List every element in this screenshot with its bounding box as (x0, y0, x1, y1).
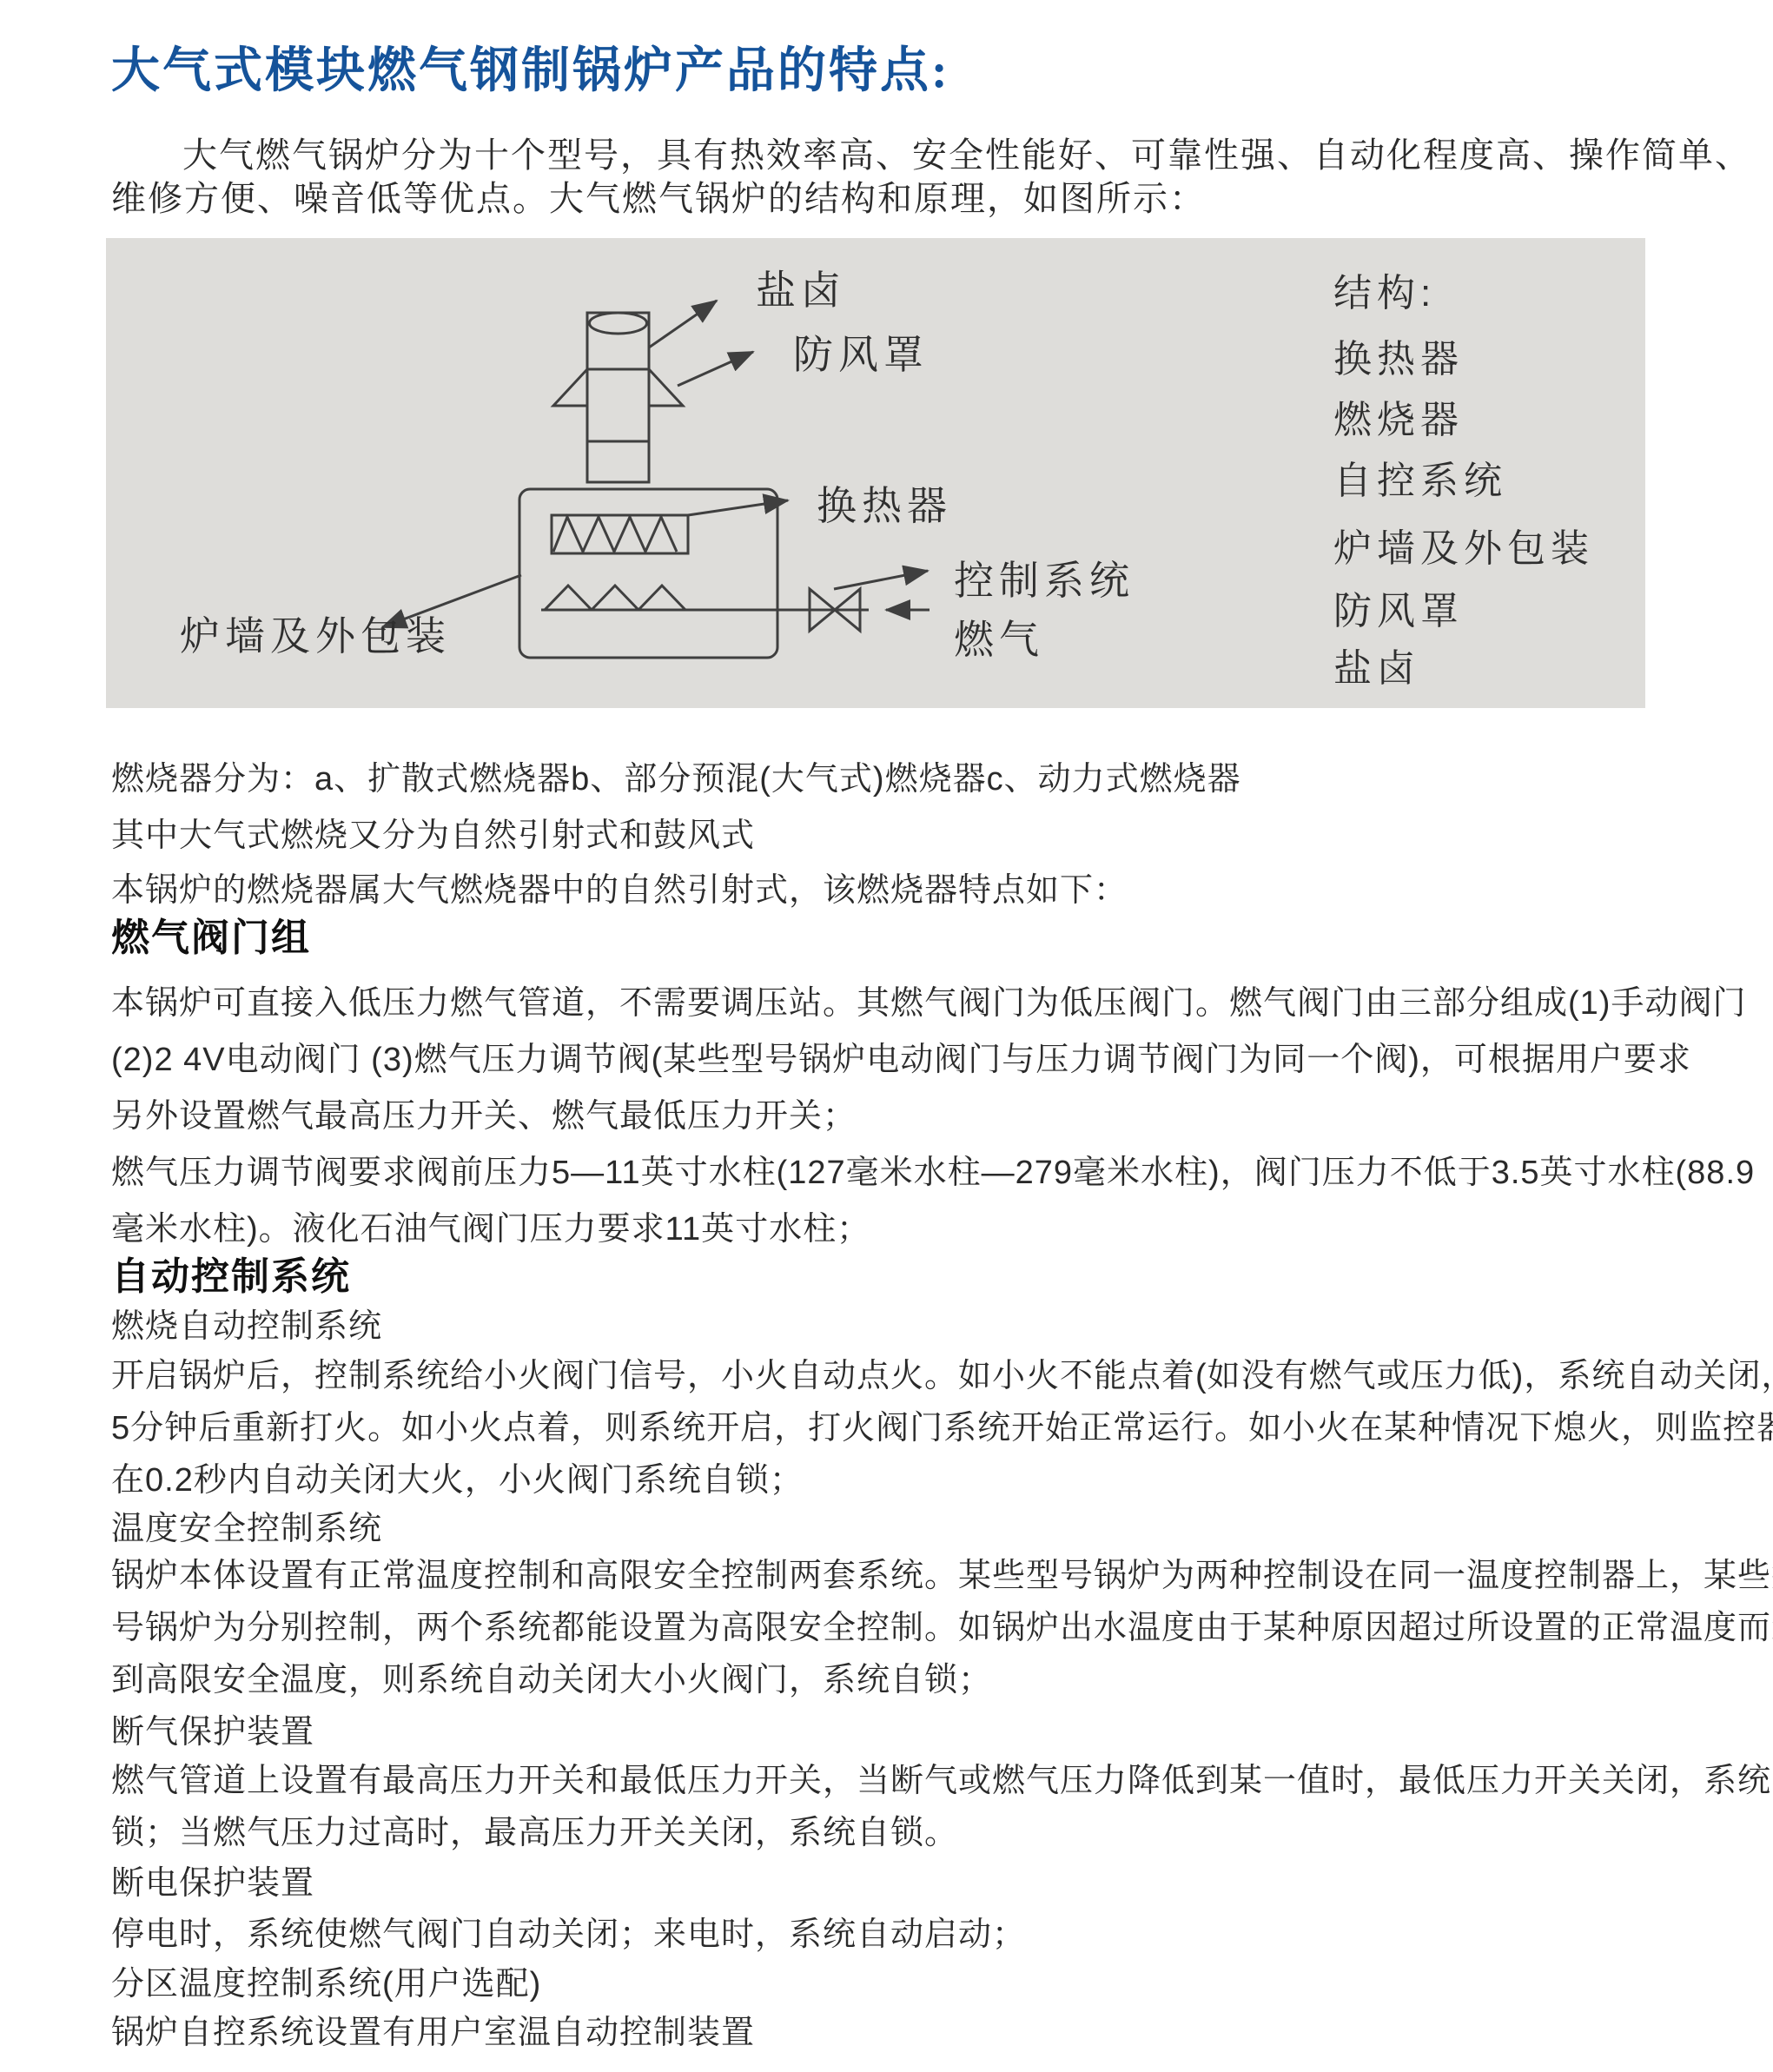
body-line: 断电保护装置 (111, 1864, 314, 1903)
body-line: 停电时，系统使燃气阀门自动关闭；来电时，系统自动启动； (111, 1916, 1026, 1954)
structure-list-heading: 结构: (1333, 272, 1436, 314)
section-heading-gas-valve-group: 燃气阀门组 (111, 919, 311, 957)
burner-flame (638, 586, 685, 610)
control-system-label: 控制系统 (954, 558, 1135, 603)
heat-exchanger-label: 换热器 (817, 483, 952, 528)
body-line: 本锅炉的燃烧器属大气燃烧器中的自然引射式，该燃烧器特点如下： (111, 871, 1128, 910)
body-line: 燃烧自动控制系统 (111, 1307, 382, 1346)
structure-list-item: 自控系统 (1333, 460, 1507, 502)
structure-list-item: 盐卤 (1333, 647, 1420, 690)
burner-flame (545, 586, 592, 610)
body-line: 到高限安全温度，则系统自动关闭大小火阀门，系统自锁； (111, 1661, 992, 1699)
body-line: 本锅炉可直接入低压力燃气管道，不需要调压站。其燃气阀门为低压阀门。燃气阀门由三部… (111, 984, 1746, 1023)
body-line: 锅炉本体设置有正常温度控制和高限安全控制两套系统。某些型号锅炉为两种控制设在同一… (111, 1557, 1773, 1595)
body-line: 燃气压力调节阀要求阀前压力5—11英寸水柱(127毫米水柱—279毫米水柱)，阀… (111, 1154, 1755, 1192)
body-line: 锅炉自控系统设置有用户室温自动控制装置 (111, 2014, 755, 2052)
boiler-diagram-panel: 盐卤 防风罩 换热器 控制系统 燃气 炉墙及外包装 结构: 换热器 燃烧器 自控… (106, 238, 1645, 708)
body-line: 另外设置燃气最高压力开关、燃气最低压力开关； (111, 1097, 857, 1135)
arrow-to-heat-exchanger-label (688, 500, 788, 515)
arrow-to-control-system-label (834, 571, 928, 589)
body-line: 毫米水柱)。液化石油气阀门压力要求11英寸水柱； (111, 1210, 870, 1248)
heat-exchanger-coil (553, 517, 677, 552)
body-line: 锁；当燃气压力过高时，最高压力开关关闭，系统自锁。 (111, 1814, 958, 1852)
document-page: 大气式模块燃气钢制锅炉产品的特点: 大气燃气锅炉分为十个型号，具有热效率高、安全… (0, 0, 1773, 2072)
chimney-top-opening (590, 313, 647, 334)
chimney-shape (587, 313, 649, 482)
intro-paragraph-line: 维修方便、噪音低等优点。大气燃气锅炉的结构和原理，如图所示： (111, 179, 1206, 219)
body-line: 开启锅炉后，控制系统给小火阀门信号，小火自动点火。如小火不能点着(如没有燃气或压… (111, 1357, 1773, 1395)
page-title: 大气式模块燃气钢制锅炉产品的特点: (111, 45, 950, 97)
body-line: 分区温度控制系统(用户选配) (111, 1965, 541, 2003)
body-line: 燃气管道上设置有最高压力开关和最低压力开关，当断气或燃气压力降低到某一值时，最低… (111, 1762, 1773, 1800)
wind-cap-right-shape (649, 369, 683, 406)
gas-label: 燃气 (954, 617, 1044, 662)
body-line: 5分钟后重新打火。如小火点着，则系统开启，打火阀门系统开始正常运行。如小火在某种… (111, 1409, 1773, 1447)
structure-list-item: 炉墙及外包装 (1333, 527, 1594, 570)
body-line: 其中大气式燃烧又分为自然引射式和鼓风式 (111, 817, 755, 855)
structure-list-item: 防风罩 (1333, 590, 1464, 632)
section-heading-auto-control-system: 自动控制系统 (111, 1258, 351, 1296)
wind-cap-left-shape (553, 369, 587, 406)
intro-paragraph-line: 大气燃气锅炉分为十个型号，具有热效率高、安全性能好、可靠性强、自动化程度高、操作… (111, 136, 1751, 175)
body-line: 断气保护装置 (111, 1713, 314, 1751)
wind-cap-label: 防风罩 (793, 332, 929, 377)
brine-label: 盐卤 (756, 268, 846, 313)
arrow-to-brine-label (649, 301, 717, 348)
body-line: 温度安全控制系统 (111, 1510, 382, 1548)
furnace-wall-label: 炉墙及外包装 (180, 613, 451, 659)
boiler-schematic: 盐卤 防风罩 换热器 控制系统 燃气 炉墙及外包装 结构: 换热器 燃烧器 自控… (106, 238, 1645, 708)
structure-list-item: 燃烧器 (1333, 399, 1464, 441)
body-line: 燃烧器分为：a、扩散式燃烧器b、部分预混(大气式)燃烧器c、动力式燃烧器 (111, 760, 1241, 798)
body-line: 在0.2秒内自动关闭大火，小火阀门系统自锁； (111, 1461, 804, 1499)
body-line: 号锅炉为分别控制，两个系统都能设置为高限安全控制。如锅炉出水温度由于某种原因超过… (111, 1609, 1773, 1647)
body-line: (2)2 4V电动阀门 (3)燃气压力调节阀(某些型号锅炉电动阀门与压力调节阀门… (111, 1041, 1691, 1079)
burner-flame (592, 586, 638, 610)
arrow-to-wind-cap-label (678, 352, 753, 386)
structure-list-item: 换热器 (1333, 338, 1464, 381)
